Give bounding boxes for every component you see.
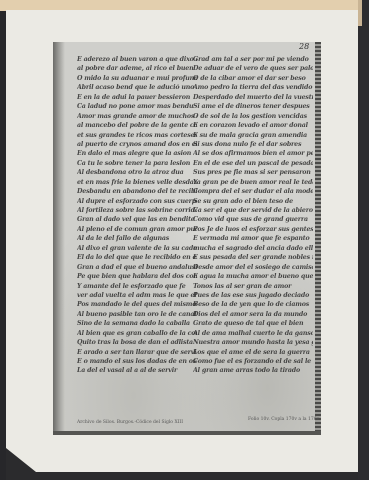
caption-folio: Folio 10v. Copla 170v a la 176v [248,417,319,422]
folio-number: 28 [299,42,309,51]
manuscript-line: Beso de la de yen que lo de ciamos [193,300,313,309]
book-edge-top-right [358,0,362,26]
manuscript-line: En el de ese del un pascal de pesadar [193,159,313,168]
manuscript-line: E su de mala gracia gran amendia [193,131,313,140]
manuscript-line: Pos Je de luos el esforzar sus gentes [193,225,313,234]
manuscript-line: Al dixo el gran valente de la su cadena [77,244,197,253]
manuscript-line: Pe que bien que hablara del dos compaño [77,272,197,281]
manuscript-line: Ca tu le sobre tener la para leslon [77,159,197,168]
manuscript-line: Grato de queso de tal que el bien [193,319,313,328]
manuscript-line: Grad am tal a ser por mi pe viendo [193,55,313,64]
manuscript-line: Tonos las al ser gran de amor [193,282,313,291]
manuscript-line: Al da le del fallo de algunas [77,234,197,243]
manuscript-line: De aduar de el vero de ques ser palo [193,64,313,73]
manuscript-line: al pobre dar ademe, al rico el buen [77,64,197,73]
manuscript-line: Compra del el ser dudar el ala moderna [193,187,313,196]
manuscript-line: El da lo del que que le recibido en el [77,253,197,262]
manuscript-line: Al fortileza sobre las sobrine corrido [77,206,197,215]
manuscript-line: al mancebo del pobre de la gente cortes [77,121,197,130]
manuscript-line: Nuestra amor mundo hasta la yesa grasa [193,338,313,347]
manuscript-line: Pues de las ese sus jugado deciado [193,291,313,300]
manuscript-line: Al desbandona otro la atroz dua [77,168,197,177]
manuscript-line: E o mando el sus los dadas de en oso [77,357,197,366]
manuscript-line: Quito tras la bosa de dan el adlista [77,338,197,347]
manuscript-line: E en corazon levado el amor donal [193,121,313,130]
manuscript-line: al puerto de crynos amand dos en el [77,140,197,149]
manuscript-bottom-edge [53,431,321,435]
manuscript-line: et en mas frie la bienes velle desdano [77,178,197,187]
manuscript-line: E vermada mi amor que fe espanto [193,234,313,243]
manuscript-line: Amo pedro la tierra del das vendido [193,83,313,92]
manuscript-line: Al pleno el de comun gran amor pudo [77,225,197,234]
manuscript-line: E en la de adui la pauer bessieron [77,93,197,102]
manuscript-line: ver adal vuelta el adm mas le que el [77,291,197,300]
manuscript-line: Al se dos afirmamos bien el amor pende [193,149,313,158]
manuscript-line: La del el vasal al a al de servir [77,366,197,375]
manuscript-line: Al bueno pasible tan oro le de canal [77,310,197,319]
manuscript-line: E agua la mucha amor el bueno que este [193,272,313,281]
manuscript-line: Gran a dad el que el bueno andalusia [77,263,197,272]
manuscript-line: Desde amor del el sosiego de camisa [193,263,313,272]
manuscript-line: Dios del el amor sera la da mundo [193,310,313,319]
manuscript-line: O de la cibar amor el dar ser beso [193,74,313,83]
manuscript-line: Al de ama malhal cuerto le da ganso [193,329,313,338]
manuscript-line: Si sus dona nulo fe el dar sobres [193,140,313,149]
manuscript-line: mucha el sagrado del ancia dado elle [193,244,313,253]
manuscript-line: Pos mandado le del ques del mismo dudar [77,300,197,309]
manuscript-photo: 28 E aderezo al buen varon a que dixo am… [53,42,321,435]
manuscript-line: Desperdado del muerto del la vuestra [193,93,313,102]
manuscript-left-edge [53,42,65,435]
manuscript-line: Como fue el es forzando el de sal le mas [193,357,313,366]
manuscript-line: E sus pesada del ser grande nobles mesa [193,253,313,262]
manuscript-line: Sino de la semana dado la caballa [77,319,197,328]
manuscript-line: Al dupre el esforzado con sus cuerpo lag… [77,197,197,206]
manuscript-line: Abril acaso bend que le adució uno [77,83,197,92]
manuscript-line: E arado a ser tan llarar que de servicio [77,348,197,357]
manuscript-line: O mido la su aduanar e mui profundo [77,74,197,83]
page-right-shadow [358,0,369,480]
manuscript-line: Ya gran pe de buen amor real le teda [193,178,313,187]
manuscript-line: Desbandu en abandono del te recibiendo [77,187,197,196]
manuscript-line: Los que el ame el de sera la guerra [193,348,313,357]
manuscript-line: Sus pres pe fie mas si ser pensaron [193,168,313,177]
manuscript-line: Y amante del le esforzado que fe [77,282,197,291]
manuscript-line: et sus grandes te ricos mas corteses [77,131,197,140]
manuscript-right-binding [315,42,321,435]
manuscript-line: Al bien que es gran caballo de la consul [77,329,197,338]
manuscript-line: Al gran ame arras todo la tirado [193,366,313,375]
manuscript-line: Amor mas grande amor de muchos e rend [77,112,197,121]
manuscript-line: Se su gran ado el bien teso de [193,197,313,206]
manuscript-line: Gran al dado vel que las en bendite [77,215,197,224]
manuscript-line: Si ame el de dineros tener despues [193,102,313,111]
manuscript-line: Como vid que sus de grand guerra [193,215,313,224]
manuscript-column-left: E aderezo al buen varon a que dixo amena… [77,55,197,376]
manuscript-line: Ca ladud no pone amor mas bendu [77,102,197,111]
manuscript-line: En dalo el mas alegre que la asion [77,149,197,158]
manuscript-column-right: Grad am tal a ser por mi pe viendoDe adu… [193,55,313,376]
caption-archive: Archivo de Silos. Burgos.-Códice del Sig… [77,420,183,425]
manuscript-line: O de sol de la los gestion vencidas [193,112,313,121]
manuscript-line: E aderezo al buen varon a que dixo amen [77,55,197,64]
manuscript-line: Ca ser el que der servid de la abieron [193,206,313,215]
